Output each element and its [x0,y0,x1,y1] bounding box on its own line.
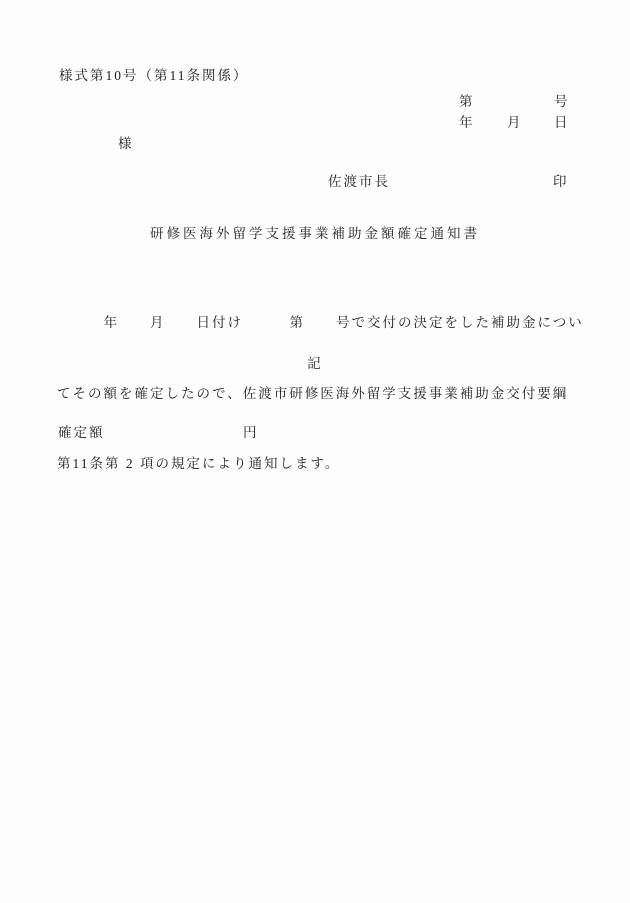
document-title: 研修医海外留学支援事業補助金額確定通知書 [0,222,630,242]
sender-title: 佐渡市長 [328,170,390,190]
document-page: 様式第10号（第11条関係） 第 号 年 月 日 様 佐渡市長 印 研修医海外留… [0,0,630,903]
issue-number-prefix-label: 第 [459,90,475,110]
addressee-honorific: 様 [118,132,134,152]
record-marker: 記 [0,352,630,372]
issue-number-suffix-label: 号 [554,90,570,110]
form-number: 様式第10号（第11条関係） [59,64,249,84]
body-line-2: てその額を確定したので、佐渡市研修医海外留学支援事業補助金交付要綱 [57,382,592,406]
date-year-label: 年 [459,111,475,131]
amount-unit-label: 円 [243,421,259,441]
amount-label: 確定額 [58,421,105,441]
body-line-1: 年 月 日付け 第 号で交付の決定をした補助金につい [57,311,592,335]
body-paragraph: 年 月 日付け 第 号で交付の決定をした補助金につい てその額を確定したので、佐… [57,264,592,523]
date-day-label: 日 [554,111,570,131]
date-month-label: 月 [507,111,523,131]
body-line-3: 第11条第 2 項の規定により通知します。 [57,452,592,476]
seal-placeholder: 印 [553,170,569,190]
